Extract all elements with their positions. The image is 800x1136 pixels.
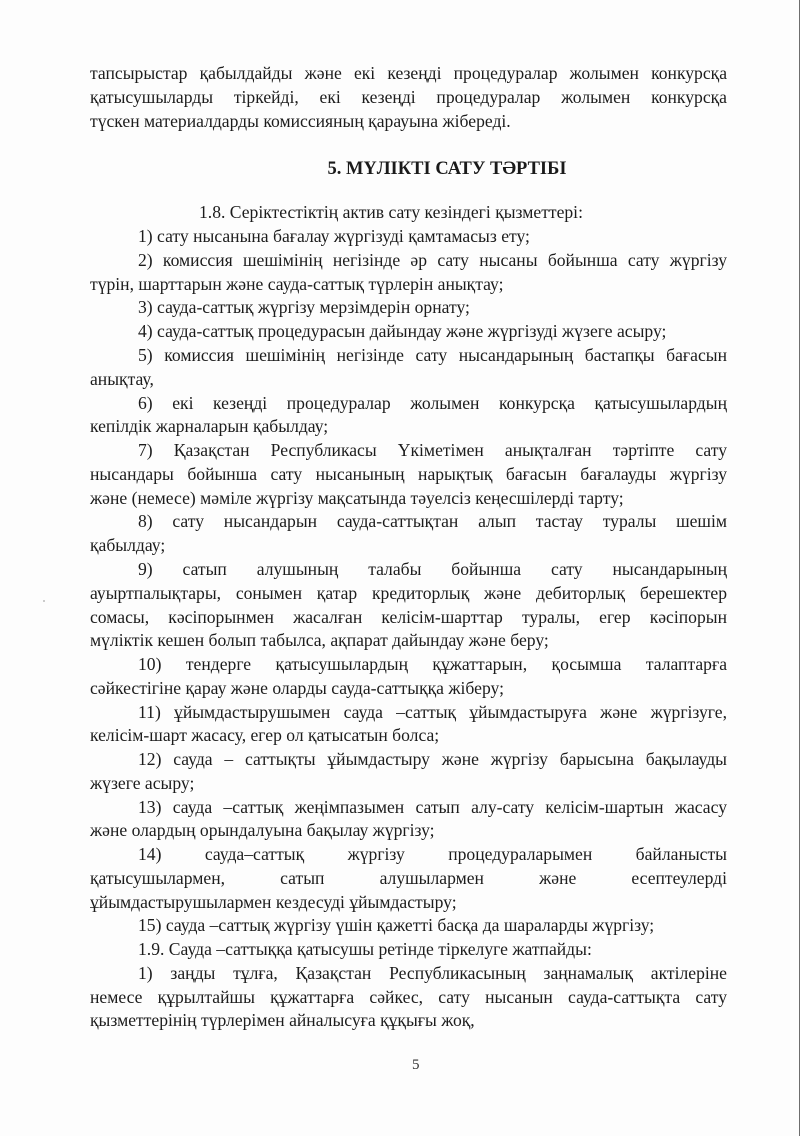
page-number: 5 bbox=[412, 1057, 420, 1074]
list-item-cont: түрін, шарттарын және сауда-саттық түрле… bbox=[90, 273, 504, 295]
list-item: 6) екі кезеңді процедуралар жолымен конк… bbox=[138, 392, 727, 414]
list-item-cont: келісім-шарт жасасу, егер ол қатысатын б… bbox=[90, 724, 439, 746]
list-item-cont: немесе құрылтайшы құжаттарға сәйкес, сат… bbox=[90, 986, 727, 1008]
list-item: 5) комиссия шешімінің негізінде сату ныс… bbox=[138, 344, 727, 366]
list-item: 1) заңды тұлға, Қазақстан Республикасыны… bbox=[138, 962, 727, 984]
list-item-cont: мүліктік кешен болып табылса, ақпарат да… bbox=[90, 629, 549, 651]
list-item-cont: сәйкестігіне қарау және оларды сауда-сат… bbox=[90, 677, 504, 699]
list-item: 2) комиссия шешімінің негізінде әр сату … bbox=[138, 249, 727, 271]
list-item-cont: ауыртпалықтары, сонымен қатар кредиторлы… bbox=[90, 582, 727, 604]
document-page: тапсырыстар қабылдайды және екі кезеңді … bbox=[0, 0, 800, 1136]
intro-line: түскен материалдарды комиссияның қарауын… bbox=[90, 110, 511, 132]
list-item: 7) Қазақстан Республикасы Үкіметімен аны… bbox=[138, 439, 727, 461]
list-item-cont: қызметтерінің түрлерімен айналысуға құқы… bbox=[90, 1009, 475, 1031]
intro-line: тапсырыстар қабылдайды және екі кезеңді … bbox=[90, 62, 727, 84]
list-item-cont: анықтау, bbox=[90, 368, 154, 390]
list-item: 1) сату нысанына бағалау жүргізуді қамта… bbox=[138, 225, 530, 247]
list-item: 11) ұйымдастырушымен сауда –саттық ұйымд… bbox=[138, 701, 727, 723]
intro-line: қатысушыларды тіркейді, екі кезеңді проц… bbox=[90, 86, 727, 108]
list-item-cont: және (немесе) мәміле жүргізу мақсатында … bbox=[90, 487, 624, 509]
list-item-cont: жүзеге асыру; bbox=[90, 772, 194, 794]
list-item-cont: сомасы, кәсіпорынмен жасалған келісім-ша… bbox=[90, 606, 727, 628]
scan-speck bbox=[43, 600, 45, 602]
clause-heading: 1.9. Сауда –саттыққа қатысушы ретінде ті… bbox=[138, 938, 592, 960]
list-item-cont: кепілдік жарналарын қабылдау; bbox=[90, 415, 328, 437]
list-item: 14) сауда–саттық жүргізу процедураларыме… bbox=[138, 843, 727, 865]
section-heading: 5. МҮЛІКТІ САТУ ТӘРТІБІ bbox=[0, 159, 800, 180]
list-item-cont: және олардың орындалуына бақылау жүргізу… bbox=[90, 819, 435, 841]
list-item-cont: нысандары бойынша сату нысанының нарықты… bbox=[90, 463, 727, 485]
list-item: 10) тендерге қатысушылардың құжаттарын, … bbox=[138, 653, 727, 675]
list-item-cont: ұйымдастырушылармен кездесуді ұйымдастыр… bbox=[90, 891, 457, 913]
list-item: 4) сауда-саттық процедурасын дайындау жә… bbox=[138, 320, 666, 342]
list-item: 12) сауда – саттықты ұйымдастыру және жү… bbox=[138, 748, 727, 770]
list-item: 3) сауда-саттық жүргізу мерзімдерін орна… bbox=[138, 296, 470, 318]
list-item: 9) сатып алушының талабы бойынша сату ны… bbox=[138, 558, 727, 580]
list-item-cont: қатысушылармен, сатып алушылармен және е… bbox=[90, 867, 727, 889]
list-item: 8) сату нысандарын сауда-саттықтан алып … bbox=[138, 510, 727, 532]
clause-heading: 1.8. Серіктестіктің актив сату кезіндегі… bbox=[199, 201, 583, 223]
list-item-cont: қабылдау; bbox=[90, 534, 165, 556]
list-item: 15) сауда –саттық жүргізу үшін қажетті б… bbox=[138, 914, 654, 936]
list-item: 13) сауда –саттық жеңімпазымен сатып алу… bbox=[138, 796, 727, 818]
